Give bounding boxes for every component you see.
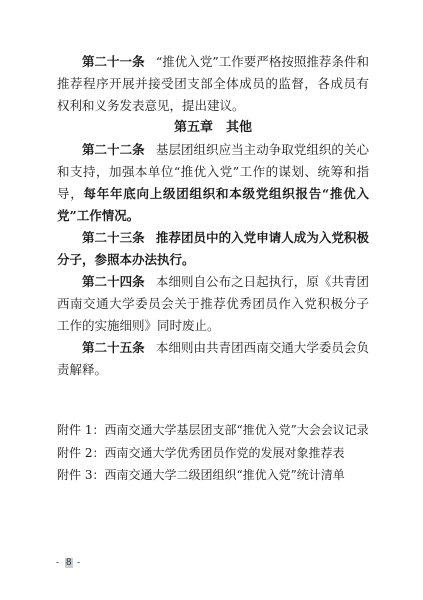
attachment-item-1: 附件 1：西南交通大学基层团支部“推优入党”大会会议记录 — [57, 419, 377, 442]
page-number-dash-right: - — [73, 558, 82, 568]
article-22-number: 第二十二条 — [82, 142, 145, 157]
chapter-5-heading: 第五章 其他 — [57, 117, 369, 139]
page-footer: - 8 - — [56, 557, 82, 569]
article-21-number: 第二十一条 — [82, 54, 145, 69]
document-page: 第二十一条“推优入党”工作要严格按照推荐条件和推荐程序开展并接受团支部全体成员的… — [0, 0, 423, 600]
page-number-field: 8 — [65, 558, 73, 568]
article-24: 第二十四条本细则自公布之日起执行，原《共青团西南交通大学委员会关于推荐优秀团员作… — [57, 271, 369, 337]
article-25: 第二十五条本细则由共青团西南交通大学委员会负责解释。 — [57, 337, 369, 381]
attachments-list: 附件 1：西南交通大学基层团支部“推优入党”大会会议记录 附件 2：西南交通大学… — [57, 419, 377, 487]
document-body: 第二十一条“推优入党”工作要严格按照推荐条件和推荐程序开展并接受团支部全体成员的… — [57, 51, 369, 381]
page-number-dash-left: - — [56, 558, 65, 568]
article-23: 第二十三条推荐团员中的入党申请人成为入党积极分子，参照本办法执行。 — [57, 227, 369, 271]
article-24-number: 第二十四条 — [82, 274, 145, 289]
attachment-item-2: 附件 2：西南交通大学优秀团员作党的发展对象推荐表 — [57, 442, 377, 465]
article-25-number: 第二十五条 — [82, 340, 145, 355]
article-22-text-bold: 每年年底向上级团组织和本级党组织报告“推优入党”工作情况。 — [57, 186, 369, 223]
attachment-item-3: 附件 3：西南交通大学二级团组织“推优入党”统计清单 — [57, 464, 377, 487]
article-23-number: 第二十三条 — [82, 230, 145, 245]
article-21: 第二十一条“推优入党”工作要严格按照推荐条件和推荐程序开展并接受团支部全体成员的… — [57, 51, 369, 117]
article-22: 第二十二条基层团组织应当主动争取党组织的关心和支持，加强本单位“推优入党”工作的… — [57, 139, 369, 227]
